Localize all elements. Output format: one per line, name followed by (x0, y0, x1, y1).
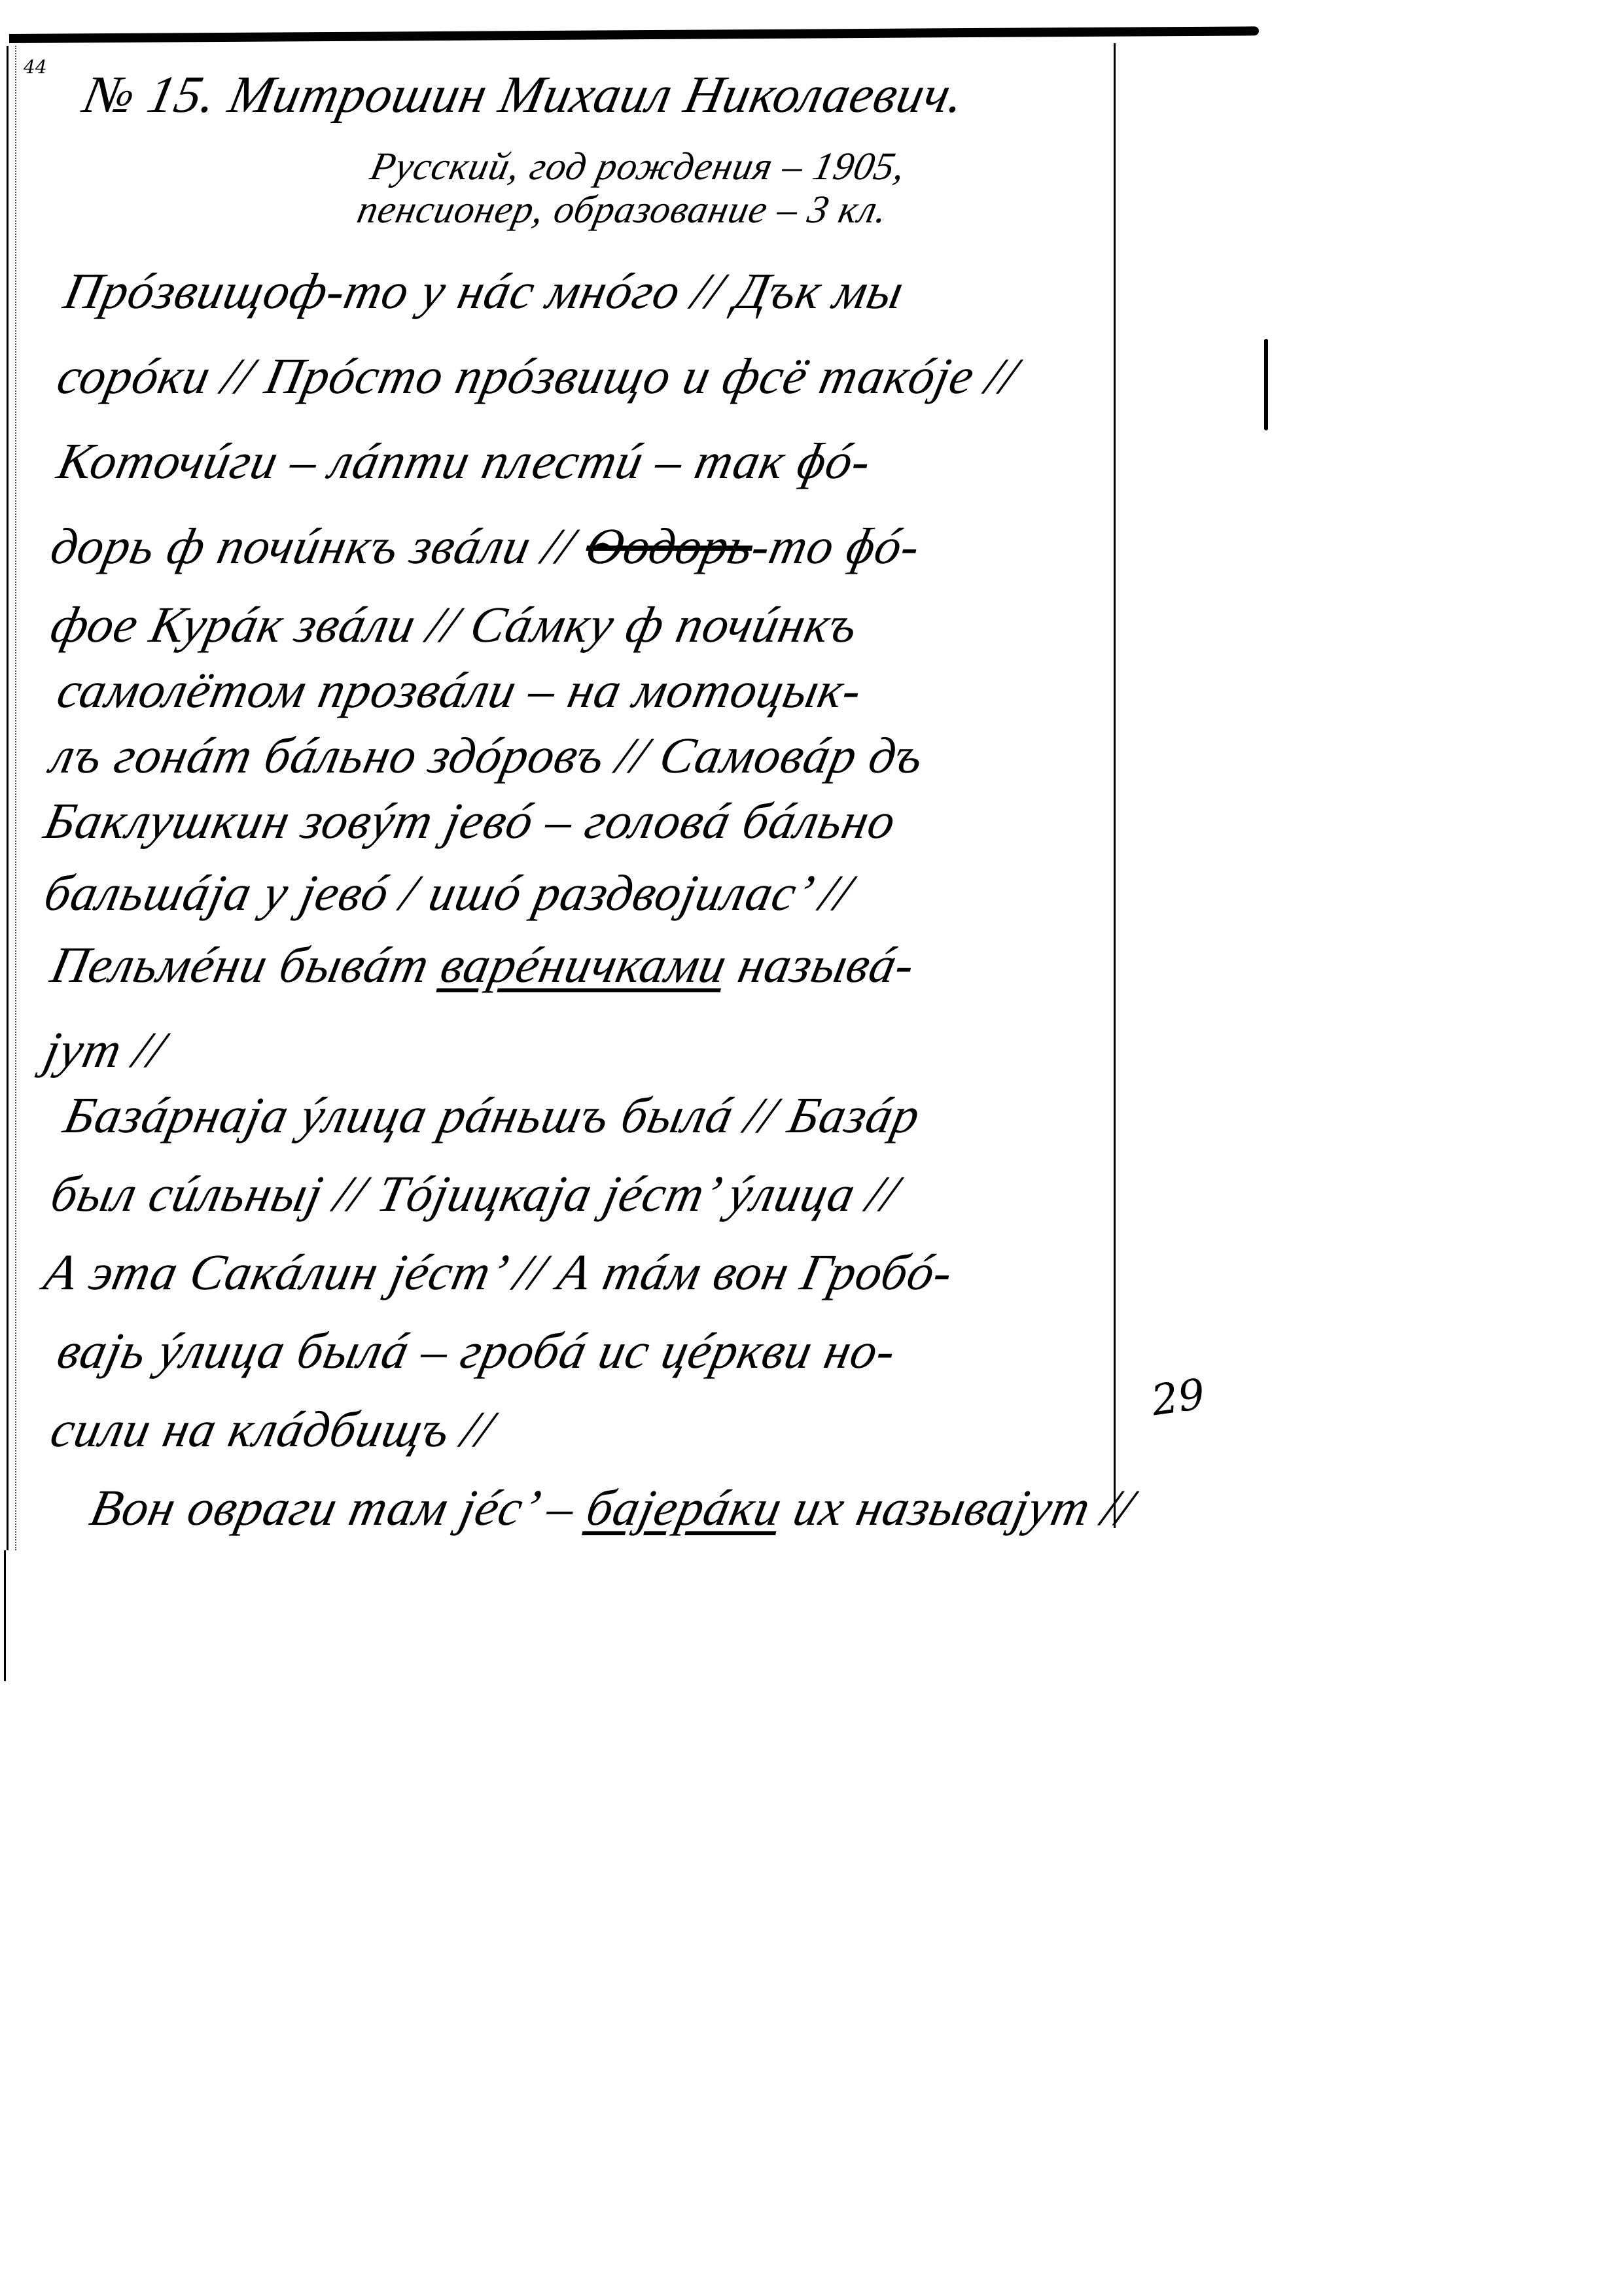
text-line-11: јут // (39, 1020, 171, 1079)
informant-meta-1: Русский, год рождения – 1905, (366, 144, 910, 189)
text-line-12: Базáрнаја ýлица рáньшъ былá // Базáр (59, 1086, 925, 1145)
text-line-7: лъ гонáт бáльно здóровъ // Самовáр дъ (46, 726, 929, 785)
text-line-1: Прóзвищоф-то у нáс мнóго // Дък мы (59, 262, 909, 321)
text-line-2: сорóки // Прóсто прóзвищо и фсё такóје /… (52, 347, 1023, 406)
underlined-term: бајерáки (582, 1479, 788, 1536)
text-line-17: Вон овраги там јéс’ – бајерáки их называ… (85, 1478, 1139, 1537)
page-number: 29 (1148, 1370, 1208, 1426)
text-line-9: бальшáја у јевó / ишó раздвојилас’ // (39, 863, 857, 922)
struck-word: Ѳодорь (581, 517, 759, 574)
entry-header: № 15. Митрошин Михаил Николаевич. (79, 65, 970, 125)
margin-mark (1264, 339, 1268, 430)
informant-name: Митрошин Михаил Николаевич. (224, 66, 970, 124)
underlined-term: варéничками (436, 936, 732, 993)
text-line-10: Пельмéни бывáт варéничками назывá- (46, 935, 920, 994)
scanned-page: 44 № 15. Митрошин Михаил Николаевич. Рус… (0, 0, 1607, 2296)
text-line-13: был сúльныј // Тóјицкаја јéст’ ýлица // (46, 1164, 904, 1223)
top-border-line (9, 26, 1259, 43)
left-border-line (7, 46, 16, 1550)
text-line-14: А эта Сакáлин јéст’ // А тáм вон Гробó- (39, 1243, 959, 1302)
text-line-5: фое Курáк звáли // Сáмку ф почúнкъ (46, 595, 863, 654)
entry-number: № 15. (79, 66, 222, 124)
text-line-4: дорь ф почúнкъ звáли // Ѳодорь-то ɸó- (46, 517, 926, 576)
informant-meta-2: пенсионер, образование – 3 кл. (353, 187, 892, 232)
text-line-6: самолётом прозвáли – на мотоцык- (52, 661, 868, 720)
text-line-8: Баклушкин зовýт јевó – головá бáльно (39, 791, 901, 850)
text-line-15: вајь ýлица былá – гробá ис цéркви но- (52, 1321, 902, 1380)
left-border-extension (4, 1550, 6, 1681)
right-margin-rule (1114, 43, 1116, 1528)
text-line-3: Коточúги – лáпти плестú – так ɸó- (52, 432, 877, 491)
corner-number: 44 (24, 56, 47, 78)
text-line-16: сили на клáдбищъ // (46, 1400, 499, 1459)
